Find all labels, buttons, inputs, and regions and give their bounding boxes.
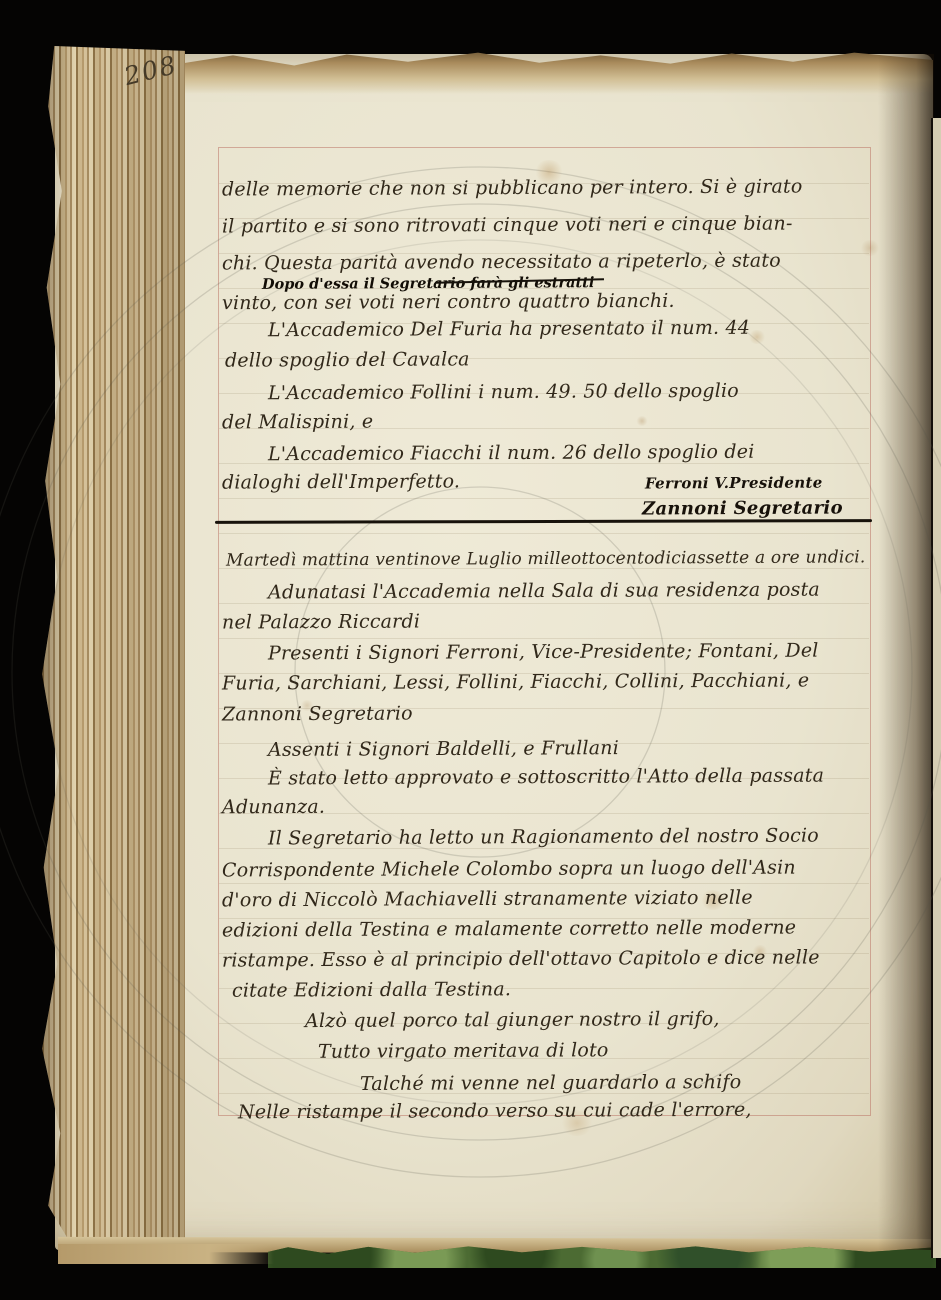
manuscript-line: Presenti i Signori Ferroni, Vice-Preside… — [268, 639, 819, 666]
manuscript-line: edizioni della Testina e malamente corre… — [222, 915, 796, 942]
signature-president: Ferroni V.Presidente — [645, 471, 823, 496]
manuscript-line: Adunanza. — [222, 795, 325, 820]
manuscript-line: Zannoni Segretario — [222, 702, 413, 727]
manuscript-line: dialoghi dell'Imperfetto. — [222, 469, 460, 494]
manuscript-line: Adunatasi l'Accademia nella Sala di sua … — [268, 578, 820, 605]
manuscript-line: L'Accademico Fiacchi il num. 26 dello sp… — [268, 440, 755, 467]
verse-line: Tutto virgato meritava di loto — [318, 1038, 609, 1064]
manuscript-line: Nelle ristampe il secondo verso su cui c… — [238, 1098, 752, 1125]
manuscript-line: L'Accademico Del Furia ha presentato il … — [268, 316, 750, 343]
manuscript-line: delle memorie che non si pubblicano per … — [222, 174, 803, 201]
manuscript-line: Furia, Sarchiani, Lessi, Follini, Fiacch… — [222, 668, 809, 695]
manuscript-line: il partito e si sono ritrovati cinque vo… — [222, 212, 793, 239]
binding-gutter-shadow — [878, 54, 934, 1250]
manuscript-line: Martedì mattina ventinove Luglio milleot… — [226, 545, 866, 572]
manuscript-line: vinto, con sei voti neri contro quattro … — [222, 289, 675, 315]
adjacent-page-sliver — [931, 118, 941, 1258]
manuscript-line: citate Edizioni dalla Testina. — [232, 977, 511, 1002]
manuscript-line: È stato letto approvato e sottoscritto l… — [268, 764, 824, 791]
manuscript-line: nel Palazzo Riccardi — [222, 609, 420, 634]
manuscript-line: dello spoglio del Cavalca — [225, 347, 470, 372]
manuscript-line: ristampe. Esso è al principio dell'ottav… — [222, 945, 820, 972]
verse-line: Alzò quel porco tal giunger nostro il gr… — [305, 1007, 720, 1033]
signature-secretary: Zannoni Segretario — [642, 496, 843, 521]
manuscript-line: L'Accademico Follini i num. 49. 50 dello… — [268, 379, 739, 405]
manuscript-line: Corrispondente Michele Colombo sopra un … — [222, 855, 796, 882]
verse-line: Talché mi venne nel guardarlo a schifo — [360, 1070, 741, 1096]
manuscript-line: d'oro di Niccolò Machiavelli stranamente… — [222, 886, 753, 913]
book-bottom-corner-edge — [58, 1244, 274, 1264]
manuscript-line: Assenti i Signori Baldelli, e Frullani — [268, 736, 619, 762]
manuscript-line: Il Segretario ha letto un Ragionamento d… — [268, 824, 819, 851]
manuscript-line: del Malispini, e — [222, 410, 373, 435]
